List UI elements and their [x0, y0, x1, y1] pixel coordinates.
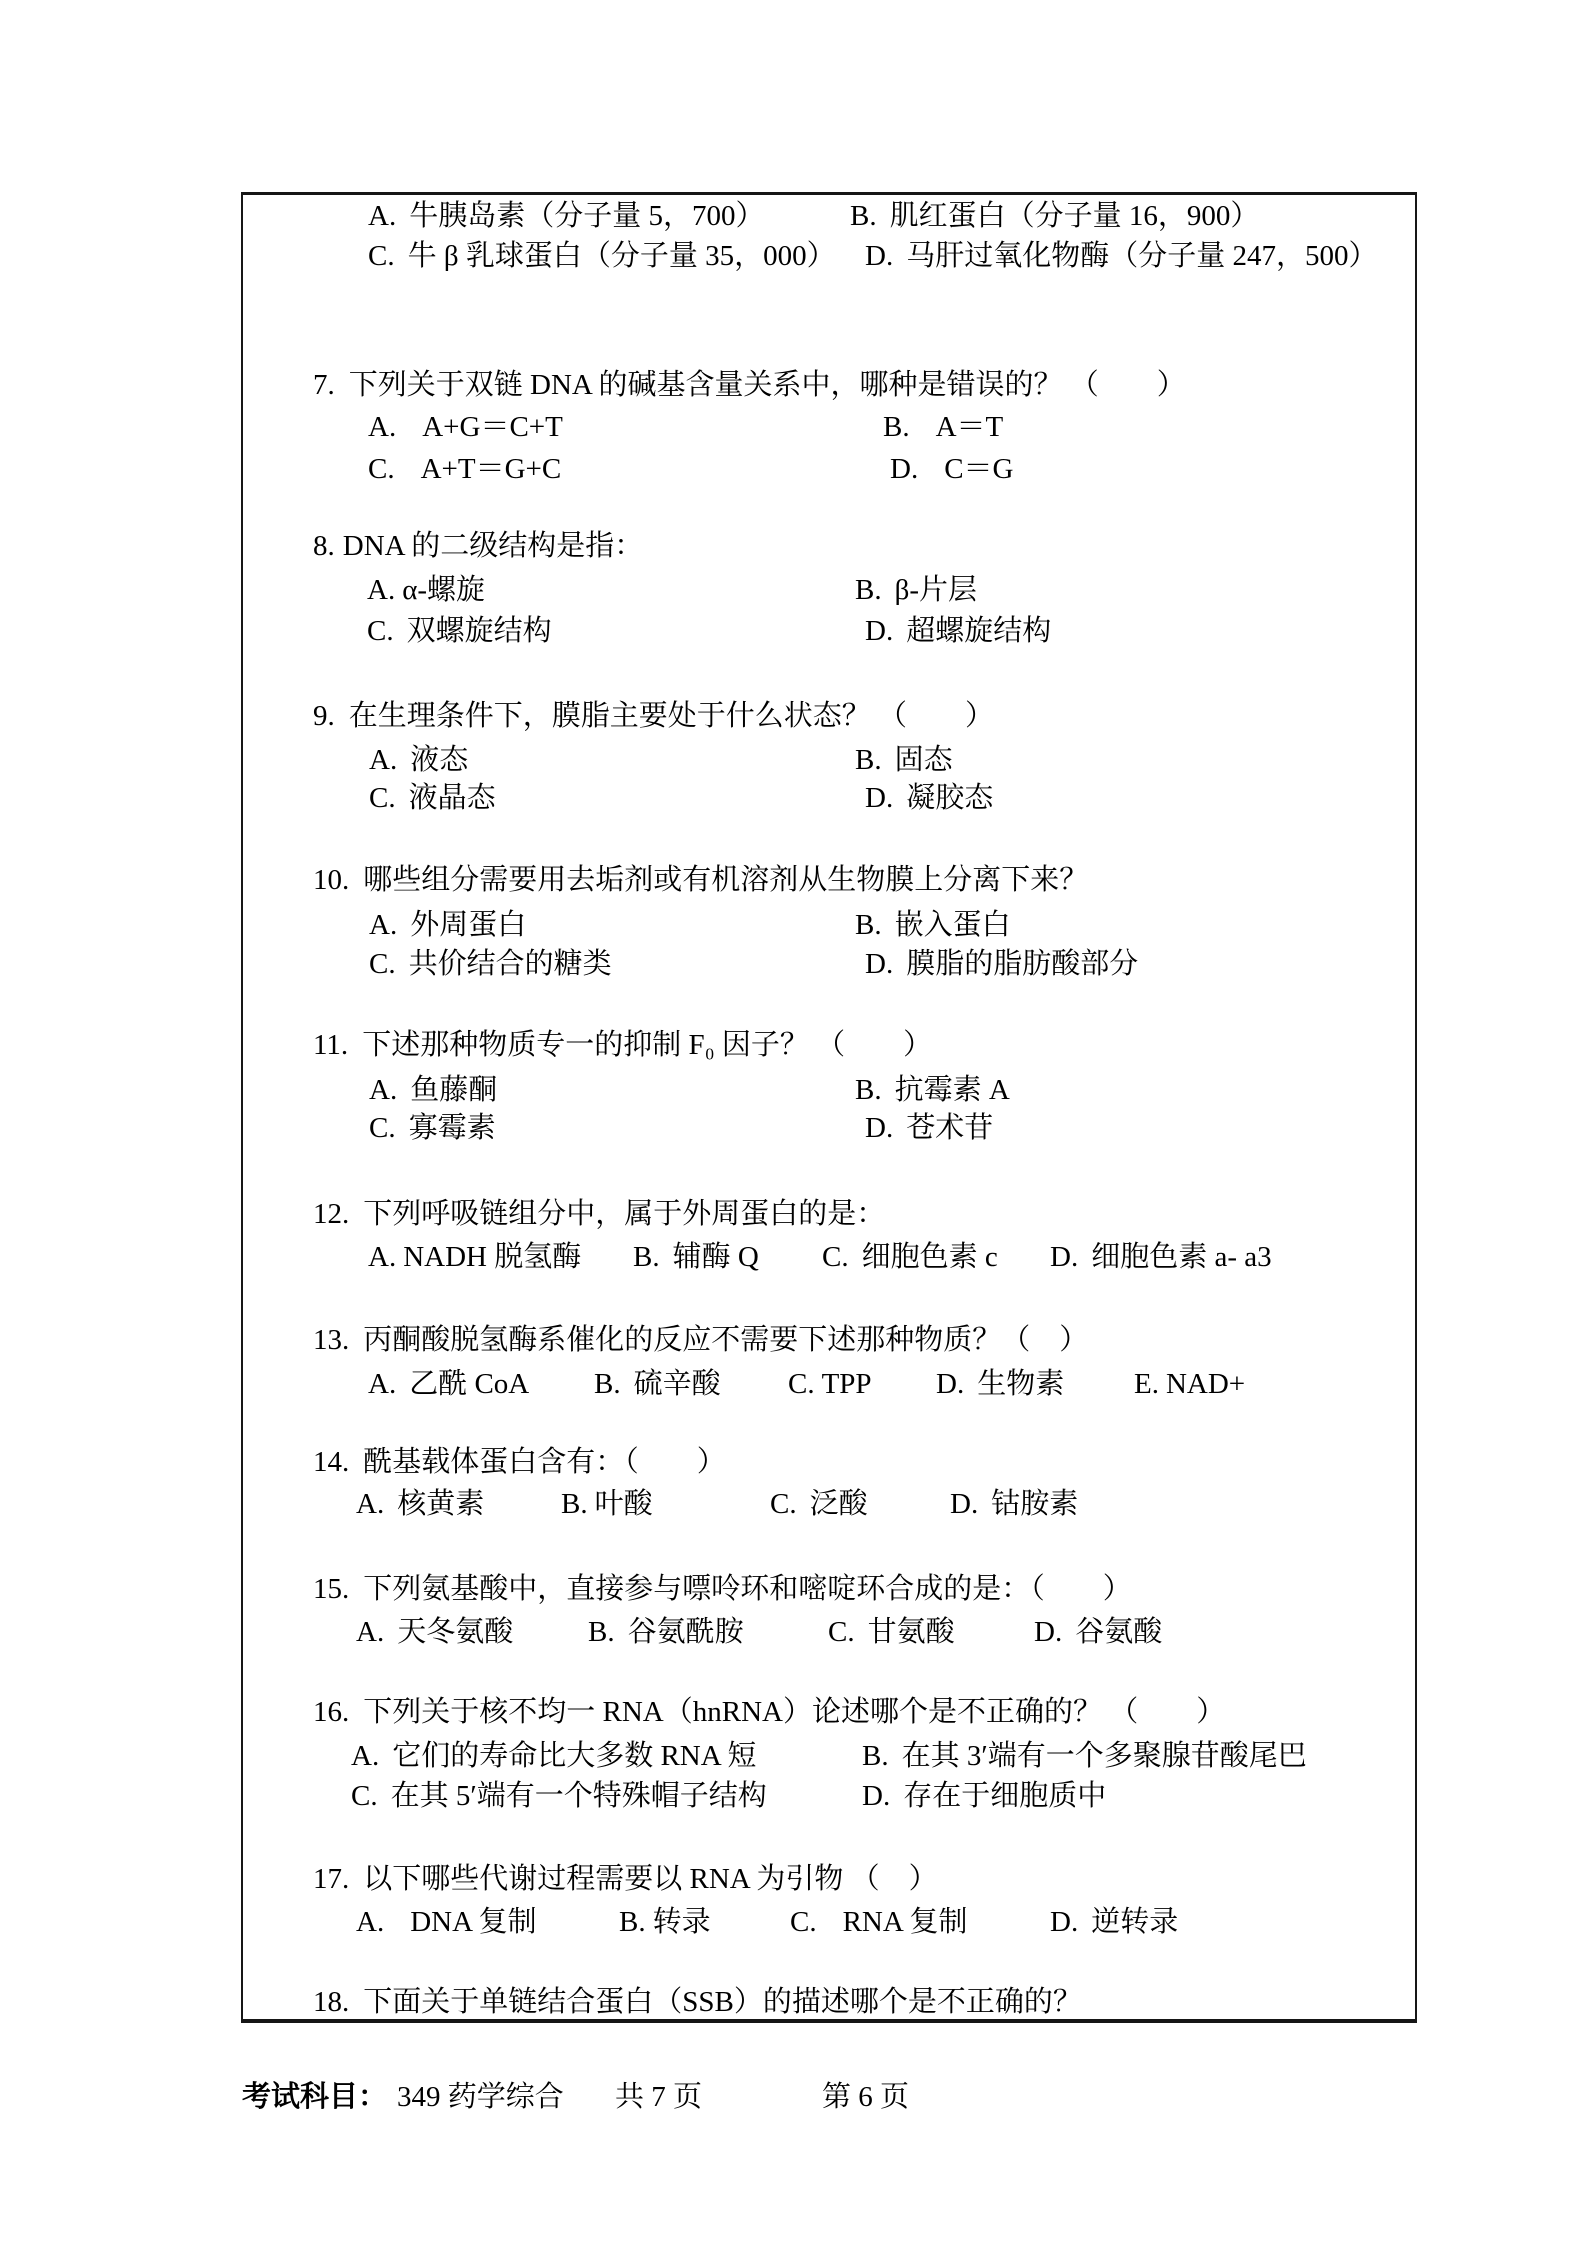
q8-option-b: B.β-片层	[855, 570, 977, 610]
q12-option-c: C.细胞色素 c	[822, 1237, 998, 1277]
q12-option-b: B.辅酶 Q	[633, 1237, 759, 1277]
option-label: D.	[865, 948, 893, 980]
q9-option-d: D.凝胶态	[865, 778, 993, 818]
option-label: B.	[883, 411, 910, 443]
q17-option-c: C.RNA 复制	[790, 1902, 967, 1942]
question-text: 丙酮酸脱氢酶系催化的反应不需要下述那种物质？（ ）	[363, 1324, 1088, 1356]
q13-option-a: A.乙酰 CoA	[368, 1364, 529, 1404]
option-label: A.	[356, 1616, 384, 1648]
q8-option-a: A.α-螺旋	[367, 570, 485, 610]
option-label: B.	[855, 744, 882, 776]
q12-option-a: A.NADH 脱氢酶	[368, 1237, 581, 1277]
q9-option-c: C.液晶态	[369, 778, 496, 818]
q10-option-d: D.膜脂的脂肪酸部分	[865, 944, 1138, 984]
option-label: A.	[369, 1074, 397, 1106]
option-label: B.	[850, 200, 877, 232]
option-label: B.	[855, 1074, 882, 1106]
option-label: D.	[950, 1488, 978, 1520]
option-text: 鱼藤酮	[410, 1074, 497, 1106]
option-label: D.	[1050, 1241, 1078, 1273]
option-text: 寡霉素	[409, 1112, 496, 1144]
option-label: C.	[828, 1616, 855, 1648]
option-label: B.	[862, 1740, 889, 1772]
option-text: 天冬氨酸	[397, 1616, 513, 1648]
option-label: D.	[865, 615, 893, 647]
option-text: 抗霉素 A	[895, 1074, 1010, 1106]
option-text: TPP	[822, 1368, 872, 1400]
footer-subject-value: 349 药学综合	[397, 2081, 564, 2113]
option-text: 钴胺素	[991, 1488, 1078, 1520]
question-text: DNA 的二级结构是指：	[343, 530, 643, 562]
q11-option-a: A.鱼藤酮	[369, 1070, 497, 1110]
question-number: 8.	[313, 530, 335, 562]
continued-option-c: C.牛 β 乳球蛋白（分子量 35，000）	[368, 236, 836, 276]
option-text: β-片层	[895, 574, 977, 606]
q13-option-d: D.生物素	[936, 1364, 1064, 1404]
option-text: 超螺旋结构	[906, 615, 1051, 647]
option-label: A.	[368, 200, 396, 232]
question-number: 15.	[313, 1573, 349, 1605]
option-text: 固态	[895, 744, 953, 776]
q7-option-c: C.A+T＝G+C	[368, 449, 561, 489]
option-text: 双螺旋结构	[407, 615, 552, 647]
option-text: 共价结合的糖类	[409, 948, 612, 980]
question-number: 17.	[313, 1863, 349, 1895]
question-text: 酰基载体蛋白含有：（ ）	[363, 1446, 726, 1478]
option-text: 存在于细胞质中	[903, 1780, 1106, 1812]
option-text: 逆转录	[1091, 1906, 1178, 1938]
q15-option-a: A.天冬氨酸	[356, 1612, 513, 1652]
option-text: 甘氨酸	[868, 1616, 955, 1648]
option-label: A.	[367, 574, 395, 606]
question-number: 11.	[313, 1029, 348, 1061]
option-label: D.	[890, 453, 918, 485]
option-text: 它们的寿命比大多数 RNA 短	[392, 1740, 756, 1772]
option-text: 膜脂的脂肪酸部分	[906, 948, 1138, 980]
question-text: 下面关于单链结合蛋白（SSB）的描述哪个是不正确的？	[363, 1986, 1082, 2018]
option-label: B.	[561, 1488, 588, 1520]
option-text: 叶酸	[595, 1488, 653, 1520]
option-text: 嵌入蛋白	[895, 909, 1011, 941]
option-label: D.	[1050, 1906, 1078, 1938]
option-text: 牛 β 乳球蛋白（分子量 35，000）	[408, 240, 836, 272]
question-number: 10.	[313, 864, 349, 896]
option-label: C.	[822, 1241, 849, 1273]
option-text: A+T＝G+C	[421, 453, 562, 485]
question-8: 8.DNA 的二级结构是指：	[313, 526, 643, 566]
option-text: 在其 3′端有一个多聚腺苷酸尾巴	[902, 1740, 1307, 1772]
option-text: 辅酶 Q	[673, 1241, 759, 1273]
q15-option-d: D.谷氨酸	[1034, 1612, 1162, 1652]
option-label: B.	[588, 1616, 615, 1648]
q14-option-c: C.泛酸	[770, 1484, 868, 1524]
option-text: α-螺旋	[402, 574, 485, 606]
question-text: 在生理条件下，膜脂主要处于什么状态？ （ ）	[349, 700, 994, 732]
option-label: B.	[594, 1368, 621, 1400]
option-label: C.	[367, 615, 394, 647]
option-label: A.	[356, 1906, 384, 1938]
option-label: C.	[369, 1112, 396, 1144]
option-label: E.	[1134, 1368, 1159, 1400]
q10-option-c: C.共价结合的糖类	[369, 944, 612, 984]
option-text: 转录	[653, 1906, 711, 1938]
option-label: A.	[368, 1368, 396, 1400]
q17-option-a: A.DNA 复制	[356, 1902, 537, 1942]
option-text: 细胞色素 a- a3	[1091, 1241, 1271, 1273]
footer-subject-label: 考试科目：	[242, 2081, 387, 2113]
option-label: C.	[351, 1780, 378, 1812]
option-text: 硫辛酸	[634, 1368, 721, 1400]
q8-option-c: C.双螺旋结构	[367, 611, 552, 651]
option-label: C.	[368, 453, 395, 485]
question-15: 15.下列氨基酸中，直接参与嘌呤环和嘧啶环合成的是：（ ）	[313, 1569, 1132, 1609]
q14-option-b: B.叶酸	[561, 1484, 653, 1524]
question-14: 14.酰基载体蛋白含有：（ ）	[313, 1442, 726, 1482]
question-text: 下列呼吸链组分中，属于外周蛋白的是：	[363, 1198, 885, 1230]
option-text: NADH 脱氢酶	[403, 1241, 581, 1273]
q13-option-e: E.NAD+	[1134, 1364, 1245, 1404]
question-7: 7.下列关于双链 DNA 的碱基含量关系中，哪种是错误的？ （ ）	[313, 365, 1186, 405]
question-16: 16.下列关于核不均一 RNA（hnRNA）论述哪个是不正确的？ （ ）	[313, 1692, 1225, 1732]
option-label: A.	[351, 1740, 379, 1772]
question-number: 12.	[313, 1198, 349, 1230]
option-text: 液晶态	[409, 782, 496, 814]
option-text: 牛胰岛素（分子量 5，700）	[409, 200, 764, 232]
continued-option-b: B.肌红蛋白（分子量 16，900）	[850, 196, 1259, 236]
q15-option-c: C.甘氨酸	[828, 1612, 955, 1652]
q8-option-d: D.超螺旋结构	[865, 611, 1051, 651]
option-label: A.	[368, 411, 396, 443]
q13-option-b: B.硫辛酸	[594, 1364, 721, 1404]
footer-current-page: 第 6 页	[822, 2077, 909, 2117]
option-label: D.	[865, 1112, 893, 1144]
option-label: C.	[369, 948, 396, 980]
option-label: C.	[790, 1906, 817, 1938]
question-number: 18.	[313, 1986, 349, 2018]
question-12: 12.下列呼吸链组分中，属于外周蛋白的是：	[313, 1194, 885, 1234]
option-text: A＝T	[936, 411, 1004, 443]
question-number: 9.	[313, 700, 335, 732]
q12-option-d: D.细胞色素 a- a3	[1050, 1237, 1272, 1277]
option-text: 液态	[410, 744, 468, 776]
footer-subject-line: 考试科目：349 药学综合	[242, 2077, 564, 2117]
question-text: 下列氨基酸中，直接参与嘌呤环和嘧啶环合成的是：（ ）	[363, 1573, 1132, 1605]
option-text: 马肝过氧化物酶（分子量 247，500）	[906, 240, 1377, 272]
question-text: 下列关于双链 DNA 的碱基含量关系中，哪种是错误的？ （ ）	[349, 369, 1186, 401]
option-label: C.	[369, 782, 396, 814]
option-text: RNA 复制	[843, 1906, 968, 1938]
option-text: 凝胶态	[906, 782, 993, 814]
question-text: 下述那种物质专一的抑制 F₀ 因子？ （ ）	[362, 1029, 932, 1061]
q16-option-a: A.它们的寿命比大多数 RNA 短	[351, 1736, 756, 1776]
option-text: 细胞色素 c	[862, 1241, 998, 1273]
continued-option-a: A.牛胰岛素（分子量 5，700）	[368, 196, 764, 236]
q16-option-c: C.在其 5′端有一个特殊帽子结构	[351, 1776, 767, 1816]
option-label: B.	[633, 1241, 660, 1273]
option-label: A.	[368, 1241, 396, 1273]
option-text: 生物素	[977, 1368, 1064, 1400]
q11-option-d: D.苍术苷	[865, 1108, 993, 1148]
q14-option-a: A.核黄素	[356, 1484, 484, 1524]
question-13: 13.丙酮酸脱氢酶系催化的反应不需要下述那种物质？（ ）	[313, 1320, 1088, 1360]
question-text: 下列关于核不均一 RNA（hnRNA）论述哪个是不正确的？ （ ）	[363, 1696, 1225, 1728]
question-18: 18.下面关于单链结合蛋白（SSB）的描述哪个是不正确的？	[313, 1982, 1082, 2022]
option-text: 谷氨酰胺	[628, 1616, 744, 1648]
option-label: D.	[865, 240, 893, 272]
question-17: 17.以下哪些代谢过程需要以 RNA 为引物 （ ）	[313, 1859, 938, 1899]
q16-option-b: B.在其 3′端有一个多聚腺苷酸尾巴	[862, 1736, 1307, 1776]
exam-page: A.牛胰岛素（分子量 5，700） B.肌红蛋白（分子量 16，900） C.牛…	[0, 0, 1587, 2245]
q7-option-a: A.A+G＝C+T	[368, 407, 563, 447]
question-11: 11.下述那种物质专一的抑制 F₀ 因子？ （ ）	[313, 1025, 932, 1065]
option-label: C.	[788, 1368, 815, 1400]
question-9: 9.在生理条件下，膜脂主要处于什么状态？ （ ）	[313, 696, 994, 736]
option-label: C.	[770, 1488, 797, 1520]
question-text: 以下哪些代谢过程需要以 RNA 为引物 （ ）	[363, 1863, 937, 1895]
footer-total-pages: 共 7 页	[615, 2077, 702, 2117]
q9-option-b: B.固态	[855, 740, 953, 780]
option-label: D.	[865, 782, 893, 814]
option-label: A.	[356, 1488, 384, 1520]
question-number: 7.	[313, 369, 335, 401]
q14-option-d: D.钴胺素	[950, 1484, 1078, 1524]
q17-option-d: D.逆转录	[1050, 1902, 1178, 1942]
q9-option-a: A.液态	[369, 740, 468, 780]
option-text: NAD+	[1166, 1368, 1245, 1400]
option-text: 外周蛋白	[410, 909, 526, 941]
option-text: DNA 复制	[410, 1906, 536, 1938]
option-text: 谷氨酸	[1075, 1616, 1162, 1648]
q15-option-b: B.谷氨酰胺	[588, 1612, 744, 1652]
option-label: C.	[368, 240, 395, 272]
q11-option-c: C.寡霉素	[369, 1108, 496, 1148]
option-label: B.	[855, 909, 882, 941]
option-text: 在其 5′端有一个特殊帽子结构	[391, 1780, 767, 1812]
question-number: 13.	[313, 1324, 349, 1356]
option-label: D.	[1034, 1616, 1062, 1648]
q7-option-d: D.C＝G	[890, 449, 1014, 489]
option-text: 肌红蛋白（分子量 16，900）	[890, 200, 1260, 232]
option-label: A.	[369, 744, 397, 776]
question-text: 哪些组分需要用去垢剂或有机溶剂从生物膜上分离下来？	[363, 864, 1088, 896]
option-label: D.	[862, 1780, 890, 1812]
continued-option-d: D.马肝过氧化物酶（分子量 247，500）	[865, 236, 1377, 276]
option-text: 泛酸	[810, 1488, 868, 1520]
q11-option-b: B.抗霉素 A	[855, 1070, 1010, 1110]
option-label: B.	[855, 574, 882, 606]
option-label: B.	[619, 1906, 646, 1938]
option-text: 苍术苷	[906, 1112, 993, 1144]
question-number: 16.	[313, 1696, 349, 1728]
option-label: A.	[369, 909, 397, 941]
option-text: 乙酰 CoA	[409, 1368, 529, 1400]
question-number: 14.	[313, 1446, 349, 1478]
question-10: 10.哪些组分需要用去垢剂或有机溶剂从生物膜上分离下来？	[313, 860, 1088, 900]
q17-option-b: B.转录	[619, 1902, 711, 1942]
q10-option-a: A.外周蛋白	[369, 905, 526, 945]
option-text: A+G＝C+T	[422, 411, 563, 443]
q16-option-d: D.存在于细胞质中	[862, 1776, 1106, 1816]
q7-option-b: B.A＝T	[883, 407, 1003, 447]
q13-option-c: C.TPP	[788, 1364, 872, 1404]
option-label: D.	[936, 1368, 964, 1400]
option-text: C＝G	[944, 453, 1013, 485]
option-text: 核黄素	[397, 1488, 484, 1520]
q10-option-b: B.嵌入蛋白	[855, 905, 1011, 945]
